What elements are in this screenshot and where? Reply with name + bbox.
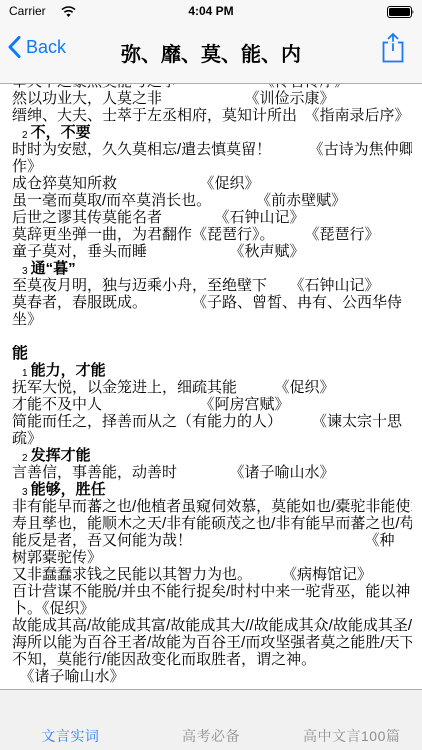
entry-line: 能反是者，吾又何能为哉！ 《种 [12,532,412,549]
line-text: 莫春者，春服既成。 《子路、曾皙、冉有、公西华侍 [12,294,402,311]
line-text: 不，不要 [31,124,91,141]
back-chevron-icon [8,36,21,58]
line-text: 百计营谋不能脱/并虫不能行捉矣/时村中来一驼背巫，能以神 [12,583,410,600]
line-text: 故能成其高/故能成其富/故能成其大//故能成其众/故能成其圣/江 [12,617,412,634]
entry-line: 童子莫对，垂头而睡 《秋声赋》 [12,243,412,260]
line-text: 能够，胜任 [31,481,106,498]
blank-line [12,328,412,345]
line-text: 又非蠢蠢求钱之民能以其智力为也。 《病梅馆记》 [12,566,372,583]
page-title: 弥、靡、莫、能、内 [90,38,332,67]
entry-line: 才能不及中人 《阿房宫赋》 [12,396,412,413]
line-text: 寿且孳也，能顺木之天/非有能硕茂之也/非有能早而蕃之也/苟有 [12,515,412,532]
entry-line: 不知，莫能行/能因敌变化而取胜者，谓之神。 [12,651,412,668]
line-text: 坐》 [12,311,42,328]
entry-line: 虽一毫而莫取/而卒莫消长也。 《前赤壁赋》 [12,192,412,209]
entry-line: 缙绅、大夫、士萃于左丞相府，莫知计所出 《指南录后序》 [12,107,412,124]
entry-line: 树郭橐驼传》 [12,549,412,566]
entry-line: 简能而任之，择善而从之（有能力的人） 《谏太宗十思 [12,413,412,430]
definition-heading: 2不，不要 [12,124,412,141]
line-text: 言善信，事善能，动善时 《诸子喻山水》 [12,464,335,481]
tab-bar: 文言实词 高考必备 高中文言100篇 [0,689,422,750]
line-text: 能 [12,345,28,362]
share-button[interactable] [381,32,405,69]
header: Carrier 4:04 PM [0,0,422,84]
line-text: 成仓猝莫知所救 《促织》 [12,175,260,192]
entry-line: 非有能早而蕃之也/他植者虽窥伺效慕，莫能如也/橐驼非能使木 [12,498,412,515]
line-text: 然以功业大，人莫之非 《训俭示康》 [12,90,335,107]
app-screen: Carrier 4:04 PM [0,0,422,750]
share-icon [381,32,405,64]
line-text: 《诸子喻山水》 [12,668,125,685]
entry-line: 《诸子喻山水》 [12,668,412,685]
line-text: 疏》 [12,430,42,447]
line-text: 卜。《促织》 [12,600,95,617]
word-heading: 能 [12,345,412,362]
entry-line: 后世之谬其传莫能名者 《石钟山记》 [12,209,412,226]
line-text: 虽一毫而莫取/而卒莫消长也。 《前赤壁赋》 [12,192,346,209]
definition-heading: 3通“暮” [12,260,412,277]
line-text: 简能而任之，择善而从之（有能力的人） 《谏太宗十思 [12,413,402,430]
line-text: 能力，才能 [31,362,106,379]
entry-line: 寿且孳也，能顺木之天/非有能硕茂之也/非有能早而蕃之也/苟有 [12,515,412,532]
definition-heading: 3能够，胜任 [12,481,412,498]
status-bar: Carrier 4:04 PM [0,0,422,22]
entry-line: 百计营谋不能脱/并虫不能行捉矣/时村中来一驼背巫，能以神 [12,583,412,600]
back-button[interactable]: Back [8,36,66,58]
line-text: 海所以能为百谷王者/故能为百谷王/而攻坚强者莫之能胜/天下莫 [12,634,412,651]
definition-number: 2 [22,453,28,464]
definition-heading: 1能力，才能 [12,362,412,379]
tab-wenyan-shici[interactable]: 文言实词 [0,726,141,750]
line-text: 才能不及中人 《阿房宫赋》 [12,396,290,413]
entry-line: 又非蠢蠢求钱之民能以其智力为也。 《病梅馆记》 [12,566,412,583]
entry-line: 莫春者，春服既成。 《子路、曾皙、冉有、公西华侍 [12,294,412,311]
line-text: 不知，莫能行/能因敌变化而取胜者，谓之神。 [12,651,316,668]
entry-line: 海所以能为百谷王者/故能为百谷王/而攻坚强者莫之能胜/天下莫 [12,634,412,651]
entry-line: 疏》 [12,430,412,447]
line-text: 后世之谬其传莫能名者 《石钟山记》 [12,209,305,226]
nav-bar: Back 弥、靡、莫、能、内 [0,22,422,83]
entry-line: 时时为安慰，久久莫相忘/遣去慎莫留！ 《古诗为焦仲卿妻 [12,141,412,158]
line-text: 能反是者，吾又何能为哉！ 《种 [12,532,395,549]
status-time: 4:04 PM [0,4,422,18]
battery-icon [387,5,415,23]
tab-gaokao-bibei[interactable]: 高考必备 [141,726,282,750]
line-text: 通“暮” [31,260,76,277]
line-text: 作》 [12,158,42,175]
line-text: 童子莫对，垂头而睡 《秋声赋》 [12,243,305,260]
line-text: 抚军大悦，以金笼进上，细疏其能 《促织》 [12,379,335,396]
entry-line: 至莫夜月明，独与迈乘小舟，至绝壁下 《石钟山记》 [12,277,412,294]
definition-number: 3 [22,266,28,277]
tab-gaozhong-wenyan-100[interactable]: 高中文言100篇 [281,726,422,750]
entry-line: 卜。《促织》 [12,600,412,617]
article-scroll-area[interactable]: 举天下之豪杰莫能与之争 《伶官传序》然以功业大，人莫之非 《训俭示康》缙绅、大夫… [0,84,422,689]
back-label: Back [26,37,66,58]
line-text: 发挥才能 [31,447,91,464]
line-text: 至莫夜月明，独与迈乘小舟，至绝壁下 《石钟山记》 [12,277,380,294]
definition-number: 3 [22,487,28,498]
definition-number: 1 [22,368,28,379]
line-text: 莫辞更坐弹一曲，为君翻作《琵琶行》。 《琵琶行》 [12,226,380,243]
entry-line: 抚军大悦，以金笼进上，细疏其能 《促织》 [12,379,412,396]
entry-line: 作》 [12,158,412,175]
definition-number: 2 [22,130,28,141]
definition-heading: 2发挥才能 [12,447,412,464]
entry-line: 故能成其高/故能成其富/故能成其大//故能成其众/故能成其圣/江 [12,617,412,634]
content-lines: 举天下之豪杰莫能与之争 《伶官传序》然以功业大，人莫之非 《训俭示康》缙绅、大夫… [0,84,422,685]
entry-line: 言善信，事善能，动善时 《诸子喻山水》 [12,464,412,481]
entry-line: 莫辞更坐弹一曲，为君翻作《琵琶行》。 《琵琶行》 [12,226,412,243]
entry-line: 然以功业大，人莫之非 《训俭示康》 [12,90,412,107]
line-text: 树郭橐驼传》 [12,549,102,566]
line-text: 非有能早而蕃之也/他植者虽窥伺效慕，莫能如也/橐驼非能使木 [12,498,412,515]
entry-line: 成仓猝莫知所救 《促织》 [12,175,412,192]
line-text: 时时为安慰，久久莫相忘/遣去慎莫留！ 《古诗为焦仲卿妻 [12,141,412,158]
line-text: 缙绅、大夫、士萃于左丞相府，莫知计所出 《指南录后序》 [12,107,410,124]
entry-line: 坐》 [12,311,412,328]
